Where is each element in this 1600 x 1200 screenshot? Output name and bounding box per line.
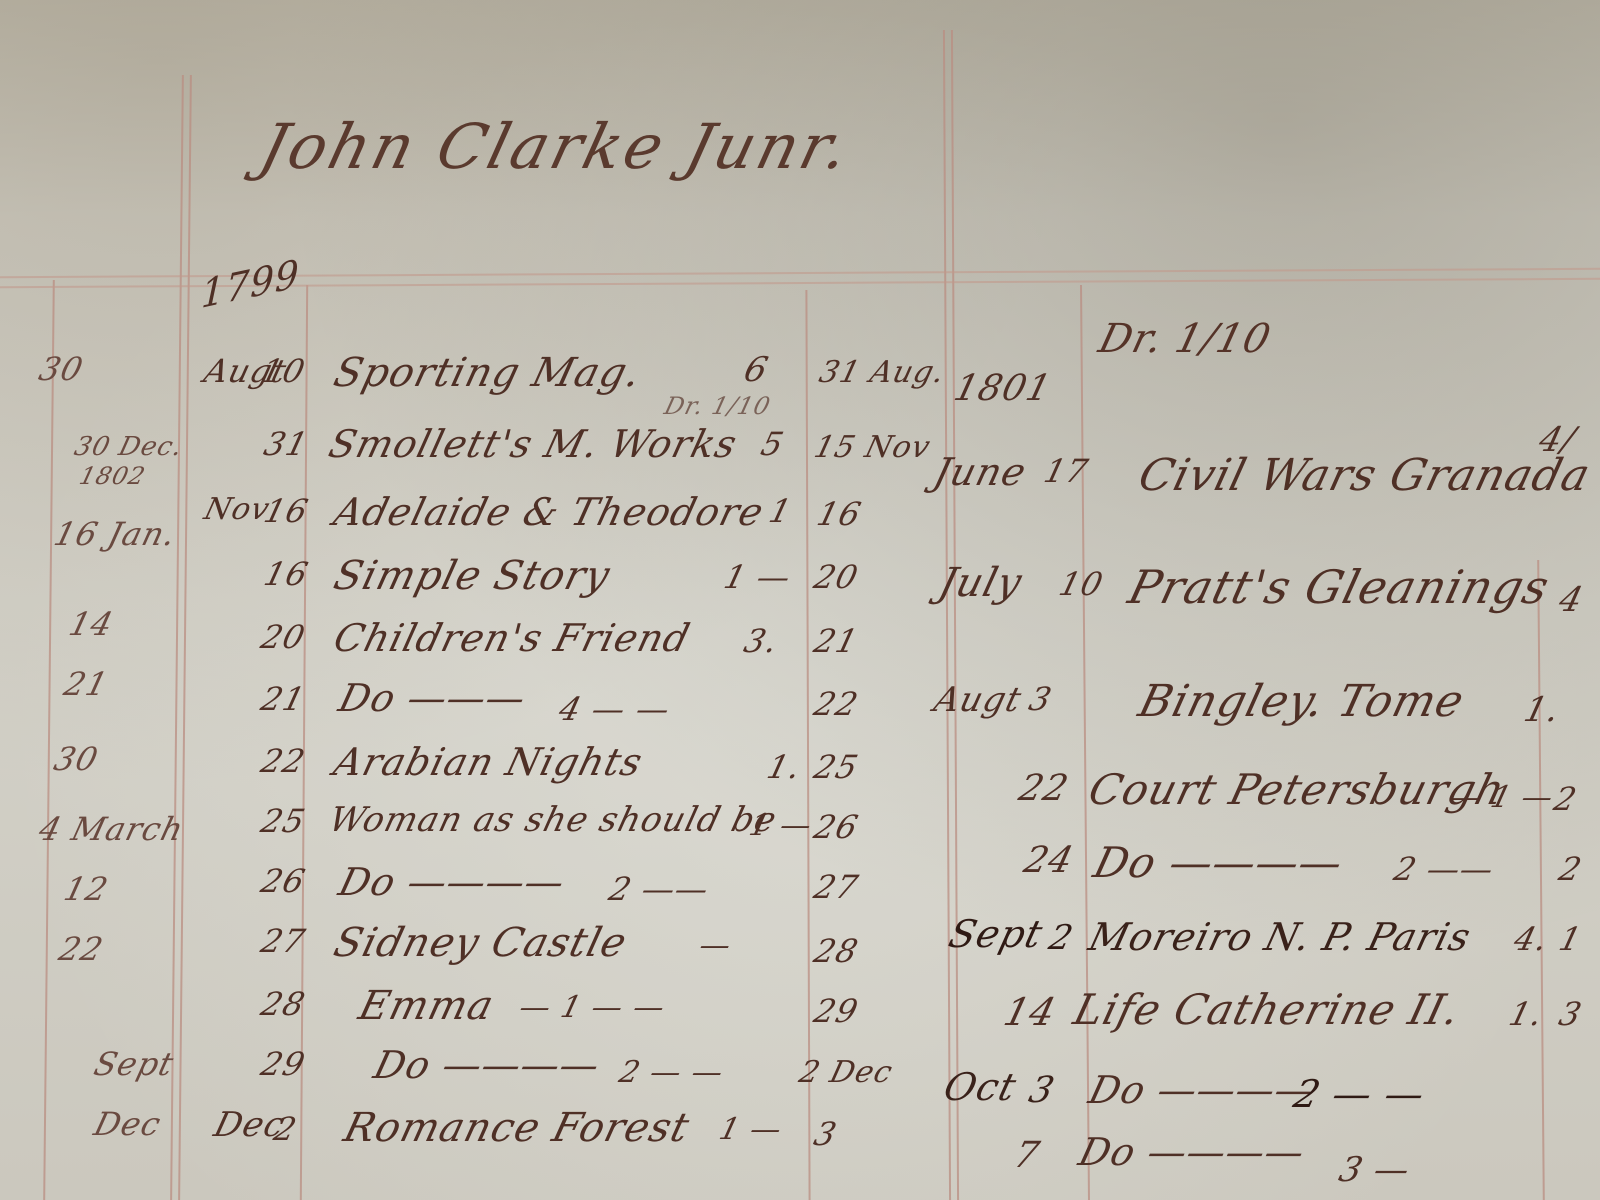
entry-volume: 4.: [1510, 920, 1552, 958]
entry-title: Smollett's M. Works: [325, 422, 742, 466]
entry-returned: 21: [810, 622, 862, 660]
entry-returned: 29: [810, 992, 862, 1030]
entry-title: Children's Friend: [330, 616, 695, 660]
entry-volume: 1.: [1520, 690, 1564, 730]
entry-volume: 6: [740, 350, 773, 390]
margin-note: 16 Jan.: [50, 515, 180, 553]
entry-day: 7: [1010, 1135, 1044, 1176]
entry-title: Do ————: [335, 860, 570, 904]
entry-day: 17: [1040, 452, 1092, 490]
entry-volume: — 1 —: [1446, 780, 1558, 815]
entry-volume: 5: [757, 425, 788, 463]
left-column-year: 1799: [200, 251, 300, 317]
entry-title: Adelaide & Theodore: [330, 490, 769, 534]
entry-title: Court Petersburgh: [1084, 765, 1511, 814]
entry-returned: 26: [810, 808, 862, 846]
margin-note: 30: [50, 740, 102, 778]
entry-volume: 1.: [763, 748, 805, 786]
rule-right-edge: [1537, 560, 1544, 1200]
entry-title: Romance Forest: [339, 1105, 694, 1151]
entry-day: 10: [1055, 565, 1107, 603]
margin-note: 4 March: [35, 810, 188, 848]
entry-volume: 4 — —: [555, 690, 674, 728]
entry-volume: 1 —: [746, 808, 816, 843]
entry-title: Do ————: [1085, 1068, 1320, 1112]
entry-returned: 2 Dec: [796, 1055, 897, 1090]
entry-title: Sidney Castle: [329, 920, 632, 966]
margin-note: 12: [60, 870, 112, 908]
entry-volume: 1 —: [720, 558, 795, 596]
entry-volume: — 1 — —: [516, 990, 669, 1025]
entry-day: 22: [257, 742, 309, 780]
ledger-page: John Clarke Junr. 1799 Dr. 1/10 1801 30 …: [0, 0, 1600, 1200]
account-holder-name: John Clarke Junr.: [253, 110, 859, 183]
entry-title: Life Catherine II.: [1069, 985, 1466, 1034]
margin-note: 1802: [77, 462, 149, 490]
entry-returned: 3: [1555, 995, 1586, 1033]
entry-returned: 31 Aug.: [816, 355, 949, 390]
margin-note: Dec: [90, 1105, 165, 1143]
entry-day: 21: [257, 680, 309, 718]
entry-day: 25: [257, 802, 309, 840]
entry-volume: 2 ——: [605, 870, 713, 908]
rule-center-double-b: [951, 30, 959, 1200]
entry-volume: 2 — —: [1290, 1072, 1430, 1116]
entry-title: Sporting Mag.: [329, 350, 646, 396]
entry-returned: 15 Nov: [811, 430, 935, 465]
entry-returned: 27: [810, 868, 862, 906]
rule-center-double-a: [943, 30, 951, 1200]
entry-month: June: [930, 450, 1032, 494]
entry-returned: 20: [810, 558, 862, 596]
entry-note: Dr. 1/10: [662, 392, 774, 420]
entry-title: Arabian Nights: [330, 740, 648, 784]
margin-note: Sept: [90, 1045, 178, 1083]
entry-volume: 1: [765, 492, 796, 530]
entry-day: 24: [1020, 840, 1078, 881]
margin-note: 30 Dec.: [71, 432, 186, 462]
entry-day: 3: [1025, 1070, 1059, 1111]
entry-title: Do ———: [335, 676, 531, 720]
right-column-header: Dr. 1/10: [1094, 316, 1276, 362]
entry-day: 22: [1015, 768, 1073, 809]
entry-title: Moreiro N. P. Paris: [1085, 915, 1476, 959]
entry-month: Sept: [945, 912, 1048, 956]
entry-volume: 1 —: [716, 1112, 786, 1147]
entry-title: Woman as she should be: [325, 800, 781, 840]
entry-returned: 2: [1555, 850, 1586, 888]
entry-month: Augt: [930, 680, 1026, 720]
margin-note: 30: [35, 350, 87, 388]
entry-title: Civil Wars Granada: [1134, 450, 1596, 501]
entry-volume: 2 ——: [1390, 850, 1498, 888]
entry-returned: 3: [810, 1115, 841, 1153]
entry-title: Bingley. Tome: [1134, 676, 1470, 727]
entry-title: Do ————: [1089, 838, 1349, 887]
rule-left-double-a: [170, 75, 183, 1200]
entry-day: 26: [257, 862, 309, 900]
rule-left-margin: [43, 280, 54, 1200]
entry-title: Pratt's Gleanings: [1123, 560, 1555, 614]
entry-returned: 1: [1555, 920, 1586, 958]
margin-note: 22: [55, 930, 107, 968]
entry-month: July: [934, 560, 1027, 606]
entry-returned: 4: [1555, 580, 1588, 620]
entry-returned: 28: [810, 932, 862, 970]
entry-day: 20: [257, 618, 309, 656]
entry-day: 28: [257, 985, 309, 1023]
entry-day: 3: [1025, 680, 1056, 718]
entry-day: 14: [1000, 990, 1061, 1034]
entry-day: 10: [257, 352, 309, 390]
rule-right-day-column: [1080, 285, 1089, 1200]
entry-returned: 16: [813, 495, 865, 533]
entry-day: 2: [1045, 918, 1078, 958]
entry-volume: 3.: [740, 622, 782, 660]
entry-returned: 25: [810, 748, 862, 786]
entry-title: Simple Story: [329, 553, 615, 599]
margin-note: 21: [60, 665, 112, 703]
entry-title: Do ————: [370, 1043, 605, 1087]
right-column-year: 1801: [950, 368, 1056, 409]
entry-month: Oct: [940, 1065, 1022, 1109]
entry-volume: —: [696, 928, 736, 963]
entry-returned: 22: [810, 685, 862, 723]
entry-day: 27: [257, 922, 309, 960]
entry-day: 29: [257, 1045, 309, 1083]
entry-title: Emma: [354, 983, 498, 1029]
entry-title: Do ————: [1075, 1130, 1310, 1174]
entry-volume: 2 — —: [616, 1055, 728, 1090]
margin-note: 14: [65, 605, 117, 643]
entry-volume: 3 —: [1335, 1150, 1414, 1190]
